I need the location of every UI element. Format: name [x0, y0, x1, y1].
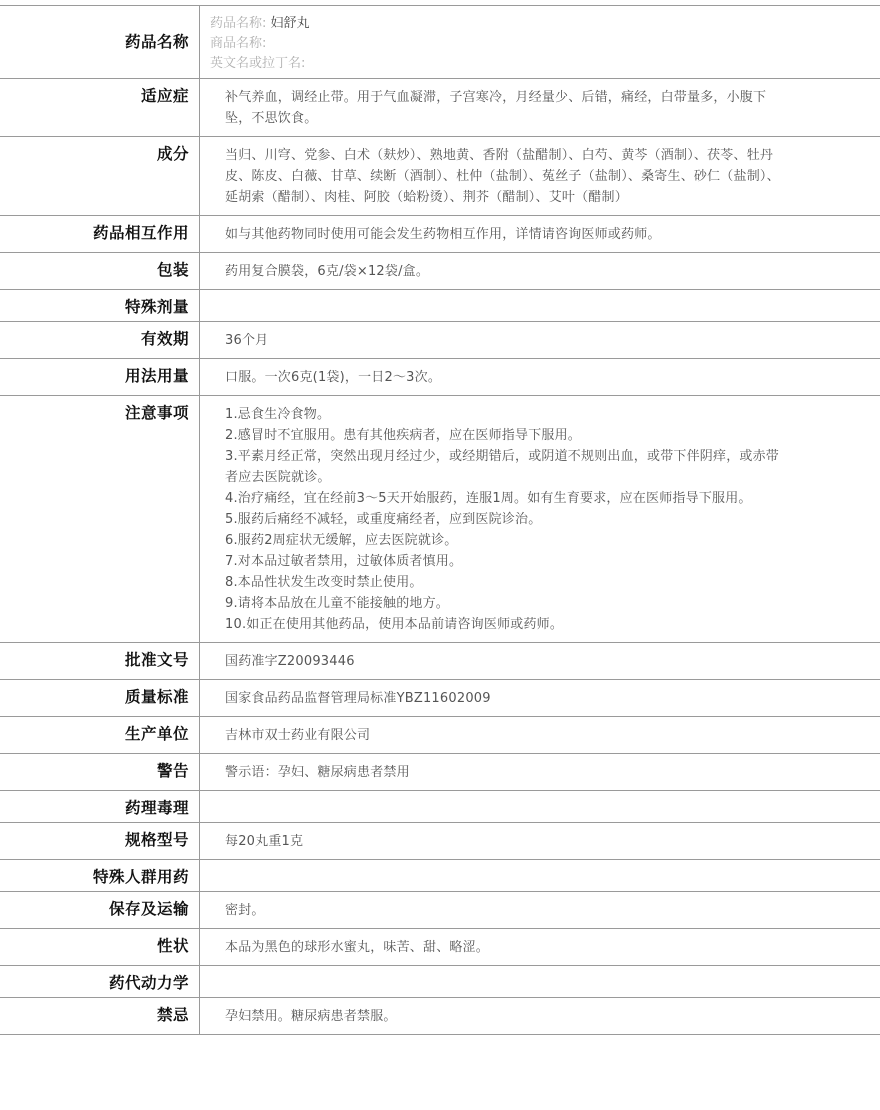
row-usage: 用法用量 口服。一次6克(1袋)，一日2～3次。 [0, 359, 880, 396]
precaution-item: 4.治疗痛经，宜在经前3～5天开始服药，连服1周。如有生育要求，应在医师指导下服… [225, 488, 790, 509]
label-usage: 用法用量 [0, 359, 200, 396]
value-shelf-life: 36个月 [200, 322, 880, 359]
row-interactions: 药品相互作用 如与其他药物同时使用可能会发生药物相互作用，详情请咨询医师或药师。 [0, 216, 880, 253]
english-name-key: 英文名或拉丁名: [210, 56, 305, 71]
label-drug-name: 药品名称 [0, 6, 200, 79]
label-pharmacokinetics: 药代动力学 [0, 966, 200, 998]
value-manufacturer: 吉林市双士药业有限公司 [200, 717, 880, 754]
row-quality-standard: 质量标准 国家食品药品监督管理局标准YBZ11602009 [0, 680, 880, 717]
row-appearance: 性状 本品为黑色的球形水蜜丸，味苦、甜、略涩。 [0, 929, 880, 966]
label-special-population: 特殊人群用药 [0, 860, 200, 892]
row-pharmacology: 药理毒理 [0, 791, 880, 823]
label-approval-number: 批准文号 [0, 643, 200, 680]
precaution-item: 8.本品性状发生改变时禁止使用。 [225, 572, 790, 593]
label-packaging: 包装 [0, 253, 200, 290]
row-contraindications: 禁忌 孕妇禁用。糖尿病患者禁服。 [0, 998, 880, 1035]
row-packaging: 包装 药用复合膜袋，6克/袋×12袋/盒。 [0, 253, 880, 290]
row-special-population: 特殊人群用药 [0, 860, 880, 892]
value-specification: 每20丸重1克 [200, 823, 880, 860]
precaution-item: 2.感冒时不宜服用。患有其他疾病者，应在医师指导下服用。 [225, 425, 790, 446]
value-ingredients: 当归、川穹、党参、白术（麸炒）、熟地黄、香附（盐醋制）、白芍、黄芩（酒制）、茯苓… [200, 137, 880, 216]
value-precautions: 1.忌食生冷食物。 2.感冒时不宜服用。患有其他疾病者，应在医师指导下服用。 3… [200, 396, 880, 643]
value-quality-standard: 国家食品药品监督管理局标准YBZ11602009 [200, 680, 880, 717]
value-packaging: 药用复合膜袋，6克/袋×12袋/盒。 [200, 253, 880, 290]
label-manufacturer: 生产单位 [0, 717, 200, 754]
value-storage: 密封。 [200, 892, 880, 929]
value-pharmacokinetics [200, 966, 880, 998]
precaution-item: 5.服药后痛经不减轻，或重度痛经者，应到医院诊治。 [225, 509, 790, 530]
row-indications: 适应症 补气养血，调经止带。用于气血凝滞，子宫寒冷，月经量少、后错，痛经，白带量… [0, 79, 880, 137]
value-approval-number: 国药准字Z20093446 [200, 643, 880, 680]
label-contraindications: 禁忌 [0, 998, 200, 1035]
label-specification: 规格型号 [0, 823, 200, 860]
row-pharmacokinetics: 药代动力学 [0, 966, 880, 998]
generic-name-line: 药品名称: 妇舒丸 [210, 14, 870, 34]
row-specification: 规格型号 每20丸重1克 [0, 823, 880, 860]
label-warning: 警告 [0, 754, 200, 791]
label-shelf-life: 有效期 [0, 322, 200, 359]
precaution-item: 6.服药2周症状无缓解，应去医院就诊。 [225, 530, 790, 551]
value-pharmacology [200, 791, 880, 823]
label-appearance: 性状 [0, 929, 200, 966]
row-ingredients: 成分 当归、川穹、党参、白术（麸炒）、熟地黄、香附（盐醋制）、白芍、黄芩（酒制）… [0, 137, 880, 216]
label-quality-standard: 质量标准 [0, 680, 200, 717]
value-warning: 警示语：孕妇、糖尿病患者禁用 [200, 754, 880, 791]
row-drug-name: 药品名称 药品名称: 妇舒丸 商品名称: 英文名或拉丁名: [0, 6, 880, 79]
label-pharmacology: 药理毒理 [0, 791, 200, 823]
row-approval-number: 批准文号 国药准字Z20093446 [0, 643, 880, 680]
label-special-dosage: 特殊剂量 [0, 290, 200, 322]
drug-spec-table: 药品名称 药品名称: 妇舒丸 商品名称: 英文名或拉丁名: 适应症 补气养血，调… [0, 5, 880, 1035]
row-shelf-life: 有效期 36个月 [0, 322, 880, 359]
label-precautions: 注意事项 [0, 396, 200, 643]
value-contraindications: 孕妇禁用。糖尿病患者禁服。 [200, 998, 880, 1035]
row-storage: 保存及运输 密封。 [0, 892, 880, 929]
precaution-item: 1.忌食生冷食物。 [225, 404, 790, 425]
value-special-population [200, 860, 880, 892]
row-precautions: 注意事项 1.忌食生冷食物。 2.感冒时不宜服用。患有其他疾病者，应在医师指导下… [0, 396, 880, 643]
value-interactions: 如与其他药物同时使用可能会发生药物相互作用，详情请咨询医师或药师。 [200, 216, 880, 253]
generic-name-key: 药品名称: [210, 16, 266, 31]
label-interactions: 药品相互作用 [0, 216, 200, 253]
value-appearance: 本品为黑色的球形水蜜丸，味苦、甜、略涩。 [200, 929, 880, 966]
row-special-dosage: 特殊剂量 [0, 290, 880, 322]
english-name-line: 英文名或拉丁名: [210, 54, 870, 74]
precaution-item: 3.平素月经正常，突然出现月经过少，或经期错后，或阴道不规则出血，或带下伴阴痒，… [225, 446, 790, 488]
precaution-item: 9.请将本品放在儿童不能接触的地方。 [225, 593, 790, 614]
row-manufacturer: 生产单位 吉林市双士药业有限公司 [0, 717, 880, 754]
label-storage: 保存及运输 [0, 892, 200, 929]
generic-name-value: 妇舒丸 [271, 16, 310, 31]
value-drug-name: 药品名称: 妇舒丸 商品名称: 英文名或拉丁名: [200, 6, 880, 79]
trade-name-line: 商品名称: [210, 34, 870, 54]
row-warning: 警告 警示语：孕妇、糖尿病患者禁用 [0, 754, 880, 791]
value-special-dosage [200, 290, 880, 322]
label-indications: 适应症 [0, 79, 200, 137]
label-ingredients: 成分 [0, 137, 200, 216]
value-usage: 口服。一次6克(1袋)，一日2～3次。 [200, 359, 880, 396]
precaution-item: 7.对本品过敏者禁用，过敏体质者慎用。 [225, 551, 790, 572]
trade-name-key: 商品名称: [210, 36, 266, 51]
precaution-item: 10.如正在使用其他药品，使用本品前请咨询医师或药师。 [225, 614, 790, 635]
value-indications: 补气养血，调经止带。用于气血凝滞，子宫寒冷，月经量少、后错，痛经，白带量多，小腹… [200, 79, 880, 137]
